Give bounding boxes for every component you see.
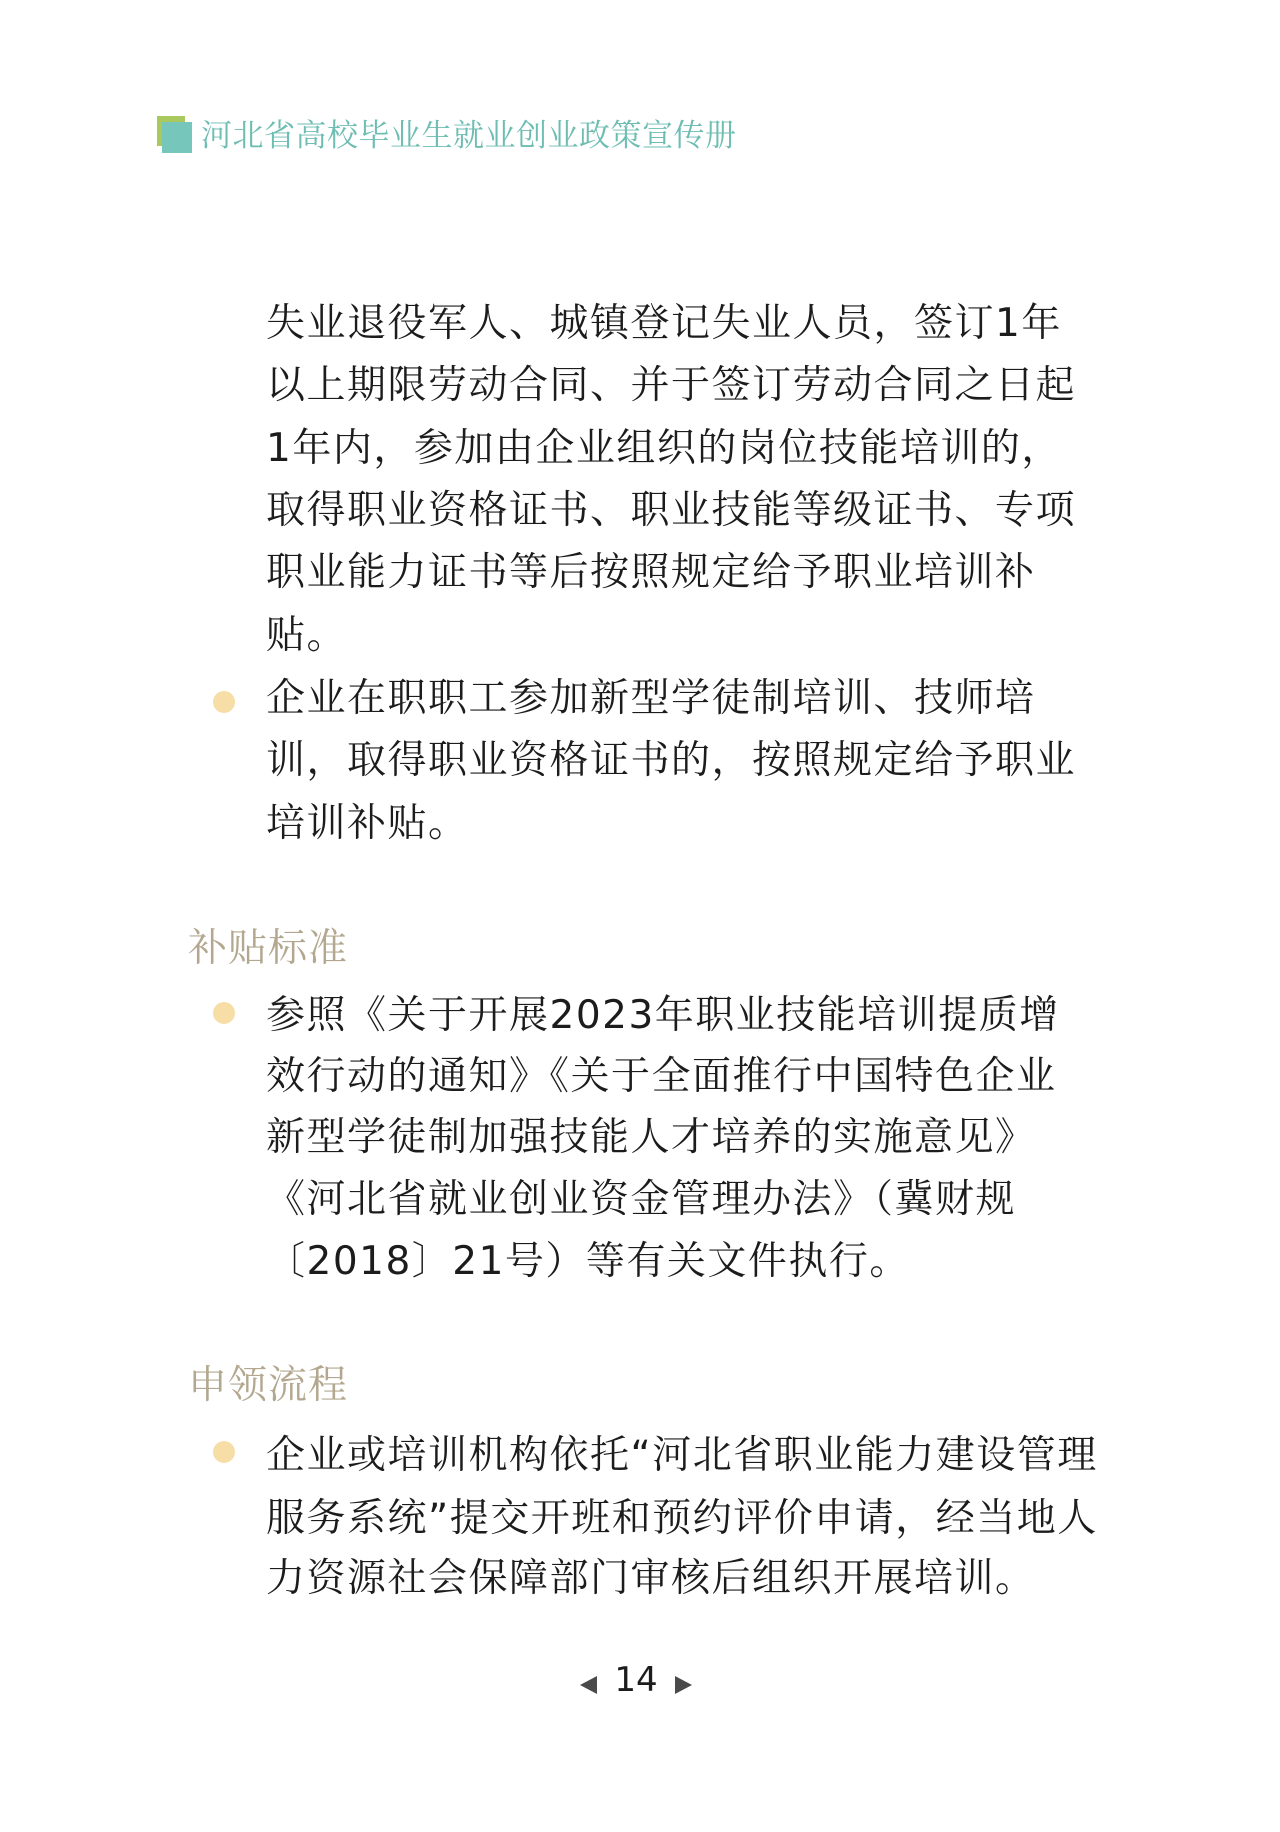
triangle-right-icon[interactable] xyxy=(675,1676,692,1694)
paragraph-line: 以上期限劳动合同、并于签订劳动合同之日起 xyxy=(266,364,1076,408)
bullet-dot-icon xyxy=(213,1441,235,1463)
bullet-line: 〔2018〕21号）等有关文件执行。 xyxy=(266,1240,910,1284)
paragraph-line: 贴。 xyxy=(266,614,347,658)
bullet-line: 服务系统”提交开班和预约评价申请，经当地人 xyxy=(266,1497,1098,1541)
bullet-line: 新型学徒制加强技能人才培养的实施意见》 xyxy=(266,1116,1036,1160)
bullet-line: 企业或培训机构依托“河北省职业能力建设管理 xyxy=(266,1434,1098,1478)
paragraph-line: 1年内，参加由企业组织的岗位技能培训的， xyxy=(266,427,1062,471)
page-number: 14 xyxy=(614,1660,657,1700)
triangle-left-icon[interactable] xyxy=(580,1676,597,1694)
bullet-line: 培训补贴。 xyxy=(266,802,469,846)
stacked-squares-icon xyxy=(155,116,193,156)
paragraph-line: 取得职业资格证书、职业技能等级证书、专项 xyxy=(266,489,1076,533)
bullet-line: 企业在职职工参加新型学徒制培训、技师培 xyxy=(266,677,1036,721)
icon-front-square xyxy=(162,122,192,153)
booklet-header: 河北省高校毕业生就业创业政策宣传册 xyxy=(155,110,737,162)
bullet-line: 效行动的通知》《关于全面推行中国特色企业 xyxy=(266,1055,1057,1099)
bullet-dot-icon xyxy=(213,1002,235,1024)
section-heading: 补贴标准 xyxy=(188,927,348,971)
paragraph-line: 职业能力证书等后按照规定给予职业培训补 xyxy=(266,551,1036,595)
section-heading: 申领流程 xyxy=(188,1364,348,1408)
page-navigator: 14 xyxy=(580,1660,692,1700)
booklet-title: 河北省高校毕业生就业创业政策宣传册 xyxy=(201,116,737,156)
bullet-line: 训，取得职业资格证书的，按照规定给予职业 xyxy=(266,739,1076,783)
bullet-dot-icon xyxy=(213,691,235,713)
bullet-line: 力资源社会保障部门审核后组织开展培训。 xyxy=(266,1557,1036,1601)
bullet-line: 参照《关于开展2023年职业技能培训提质增 xyxy=(266,994,1060,1038)
paragraph-line: 失业退役军人、城镇登记失业人员，签订1年 xyxy=(266,302,1062,346)
bullet-line: 《河北省就业创业资金管理办法》（冀财规 xyxy=(266,1178,1016,1222)
